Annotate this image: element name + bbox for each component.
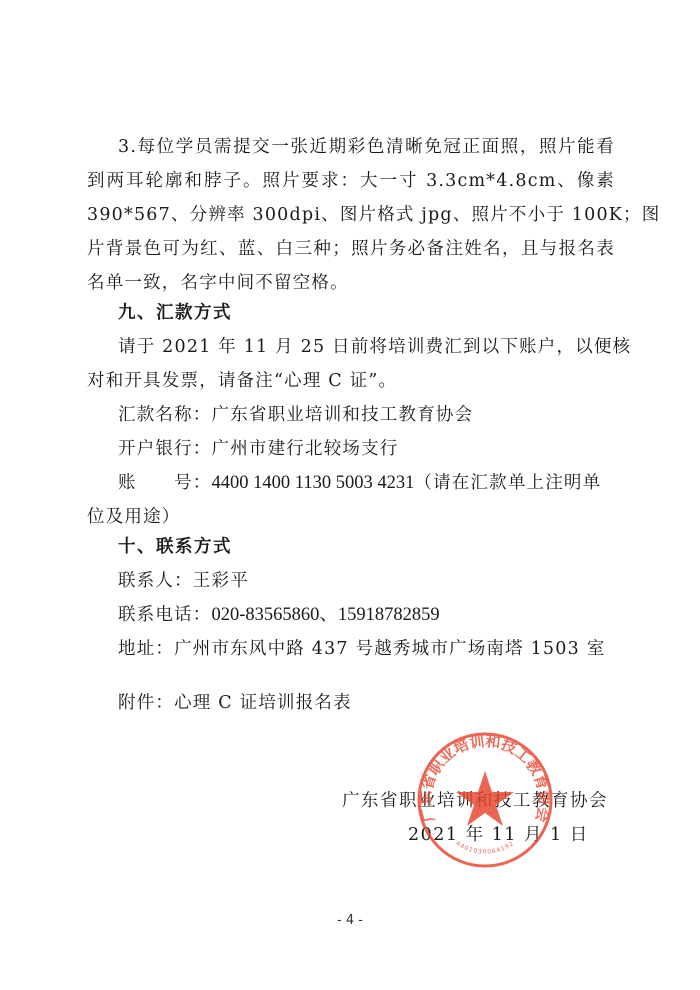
page-number: - 4 - — [0, 913, 700, 928]
item3-line-2: 到两耳轮廓和脖子。照片要求：大一寸 3.3cm*4.8cm、像素 — [87, 170, 615, 192]
item3-line-3: 390*567、分辨率 300dpi、图片格式 jpg、照片不小于 100K；图 — [87, 204, 615, 226]
item3-line-1: 3.每位学员需提交一张近期彩色清晰免冠正面照，照片能看 — [118, 136, 615, 158]
account-name: 汇款名称：广东省职业培训和技工教育协会 — [118, 404, 473, 426]
section9-intro-line-2: 对和开具发票，请备注“心理 C 证”。 — [87, 370, 397, 392]
attachment: 附件：心理 C 证培训报名表 — [118, 692, 352, 714]
section9-heading: 九、汇款方式 — [118, 302, 232, 324]
contact-phone-line: 联系电话：020-83565860、15918782859 — [118, 604, 440, 626]
account-note-line-2: 位及用途） — [87, 506, 181, 528]
section9-intro-line-1: 请于 2021 年 11 月 25 日前将培训费汇到以下账户，以便核 — [118, 336, 615, 358]
phone-label: 联系电话： — [118, 605, 212, 625]
address: 地址：广州市东风中路 437 号越秀城市广场南塔 1503 室 — [118, 638, 605, 660]
official-seal-icon: 广东省职业培训和技工教育协会 4401030064192 — [416, 731, 554, 869]
account-number: 4400 1400 1130 5003 4231 — [212, 473, 415, 493]
svg-text:4401030064192: 4401030064192 — [454, 840, 515, 856]
account-number-line: 账 号：4400 1400 1130 5003 4231（请在汇款单上注明单 — [118, 472, 601, 494]
account-note: （请在汇款单上注明单 — [414, 473, 601, 493]
account-label: 账 号： — [118, 473, 212, 493]
section10-heading: 十、联系方式 — [118, 536, 232, 558]
bank-name: 开户银行：广州市建行北较场支行 — [118, 438, 399, 460]
phone-number: 020-83565860、15918782859 — [212, 605, 440, 625]
item3-line-4: 片背景色可为红、蓝、白三种；照片务必备注姓名，且与报名表 — [87, 238, 615, 260]
contact-person: 联系人：王彩平 — [118, 570, 249, 592]
item3-line-5: 名单一致，名字中间不留空格。 — [87, 272, 349, 294]
